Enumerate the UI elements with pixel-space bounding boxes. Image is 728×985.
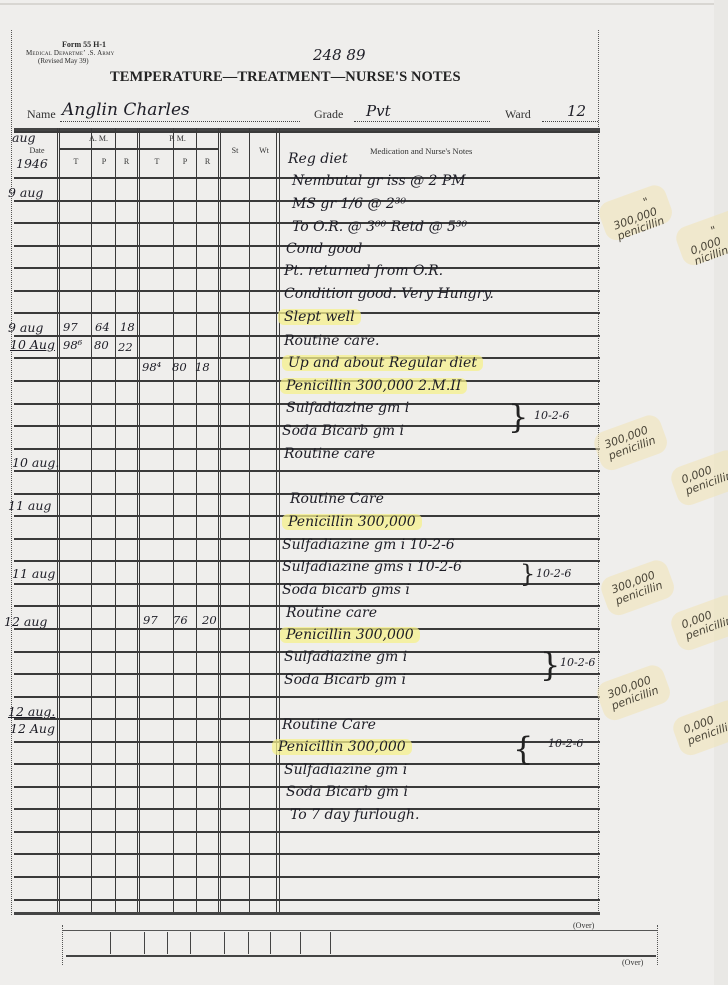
brace-mark: } xyxy=(508,398,528,436)
note-text: Cond good xyxy=(286,241,362,257)
vital-am-r: 18 xyxy=(120,320,135,334)
stub-perforation xyxy=(62,925,63,965)
name-label: Name xyxy=(27,107,56,122)
row-line xyxy=(14,696,600,698)
row-line xyxy=(14,853,600,855)
highlighted-note-text: Penicillin 300,000 2.M.II xyxy=(280,378,467,394)
note-line: Cond good xyxy=(286,242,362,256)
vital-pm-p: 80 xyxy=(172,360,187,374)
serial-number: 248 89 xyxy=(313,46,366,64)
am-t-header: T xyxy=(60,157,92,166)
note-line: Slept well xyxy=(278,310,361,324)
row-line xyxy=(14,470,600,472)
perforation-right xyxy=(598,30,599,915)
highlighted-note-text: Penicillin 300,000 xyxy=(280,627,420,643)
stub-bottom xyxy=(66,955,656,957)
vital-pm-r: 18 xyxy=(195,360,210,374)
column-line xyxy=(137,128,138,912)
note-text: Soda bicarb gms i xyxy=(282,582,410,598)
name-underline xyxy=(60,121,300,122)
margin-annotation: 300,000penicillin xyxy=(603,423,657,461)
date-annotation-year: 1946 xyxy=(16,156,48,171)
department: Medical Departmeʼ .S. Army xyxy=(26,49,114,57)
pm-r-header: R xyxy=(197,157,218,166)
highlighted-note-text: Slept well xyxy=(278,309,361,325)
note-line: To 7 day furlough. xyxy=(290,808,419,822)
date-entry: 9 aug xyxy=(8,320,43,335)
stub-divider xyxy=(224,932,225,954)
stub-divider xyxy=(248,932,249,954)
note-line: Routine care. xyxy=(284,334,379,348)
note-text: Condition good. Very Hungry. xyxy=(284,286,494,302)
margin-annotation: 300,000penicillin xyxy=(610,568,664,606)
column-line xyxy=(279,128,280,912)
brace-mark: } xyxy=(520,560,535,588)
note-text: Soda Bicarb gm i xyxy=(286,784,408,800)
vital-am-r: 22 xyxy=(118,340,133,354)
margin-annotation: 0,000penicillin xyxy=(680,603,728,641)
vital-am-p: 64 xyxy=(95,320,110,334)
note-line: Sulfadiazine gm i xyxy=(286,401,409,415)
note-text: Routine care xyxy=(286,605,377,621)
column-line xyxy=(91,128,92,912)
note-text: Sulfadiazine gm i xyxy=(284,762,407,778)
date-annotation-month: aug xyxy=(12,130,36,145)
note-line: Routine Care xyxy=(282,718,376,732)
perforation-left xyxy=(11,30,12,915)
note-line: Pt. returned from O.R. xyxy=(284,264,443,278)
date-entry: 10 aug. xyxy=(12,455,59,470)
ward-label: Ward xyxy=(505,107,531,122)
column-line xyxy=(139,128,140,912)
grade-value: Pvt xyxy=(366,102,391,120)
note-text: Routine care xyxy=(284,446,375,462)
column-line xyxy=(218,128,219,912)
note-line: Soda Bicarb gm i xyxy=(282,424,404,438)
margin-annotation: 0,000penicillin xyxy=(680,458,728,496)
note-text: Routine Care xyxy=(282,717,376,733)
stub-divider xyxy=(270,932,271,954)
am-r-header: R xyxy=(116,157,137,166)
note-line: Sulfadiazine gm i xyxy=(284,763,407,777)
note-line: Reg diet xyxy=(288,152,348,166)
note-line: Up and about Regular diet xyxy=(282,356,483,370)
note-text: MS gr 1/6 @ 2³⁰ xyxy=(292,196,406,212)
note-text: Nembutal gr iss @ 2 PM xyxy=(292,173,466,189)
note-text: Sulfadiazine gm i xyxy=(284,649,407,665)
column-line xyxy=(276,128,277,912)
note-line: Condition good. Very Hungry. xyxy=(284,287,494,301)
form-title: TEMPERATURE—TREATMENT—NURSE'S NOTES xyxy=(110,69,461,86)
vital-pm-t: 98⁴ xyxy=(142,360,161,374)
stub-perforation xyxy=(657,925,658,965)
date-header: Date xyxy=(22,146,52,155)
note-text: Soda Bicarb gm i xyxy=(282,423,404,439)
note-line: Penicillin 300,000 xyxy=(280,628,420,642)
note-line: Soda Bicarb gm i xyxy=(284,673,406,687)
note-line: Sulfadiazine gms i 10-2-6 xyxy=(282,560,462,574)
column-line xyxy=(173,128,174,912)
stub-divider xyxy=(300,932,301,954)
grade-label: Grade xyxy=(314,107,343,122)
note-line: Sulfadiazine gm i xyxy=(284,650,407,664)
note-line: Penicillin 300,000 xyxy=(282,515,422,529)
column-line xyxy=(59,128,60,912)
vital-am-p: 80 xyxy=(94,338,109,352)
vital-pm-r: 20 xyxy=(202,613,217,627)
date-entry: 12 aug xyxy=(4,614,47,629)
revised-date: (Revised May 39) xyxy=(38,57,89,65)
dose-schedule: 10-2-6 xyxy=(536,568,571,579)
margin-annotation: "300,000penicillin xyxy=(608,193,666,242)
date-entry: 9 aug xyxy=(8,185,43,200)
date-entry: 12 aug. xyxy=(8,704,55,719)
note-text: To O.R. @ 3⁰⁰ Retd @ 5³⁰ xyxy=(292,219,467,235)
note-line: Penicillin 300,000 2.M.II xyxy=(280,379,467,393)
vital-am-t: 97 xyxy=(63,320,78,334)
date-entry: 11 aug xyxy=(8,498,51,513)
note-text: To 7 day furlough. xyxy=(290,807,419,823)
stub-divider xyxy=(144,932,145,954)
stub-divider xyxy=(330,932,331,954)
column-line xyxy=(249,128,250,912)
wt-header: Wt xyxy=(250,146,278,155)
note-line: Penicillin 300,000 xyxy=(272,740,412,754)
note-text: Sulfadiazine gm i 10-2-6 xyxy=(282,537,455,553)
note-text: Sulfadiazine gms i 10-2-6 xyxy=(282,559,462,575)
form-number: Form 55 H-1 xyxy=(62,40,106,49)
vital-pm-p: 76 xyxy=(173,613,188,627)
note-text: Sulfadiazine gm i xyxy=(286,400,409,416)
ward-underline xyxy=(542,121,598,122)
note-line: Soda Bicarb gm i xyxy=(286,785,408,799)
row-line xyxy=(14,831,600,833)
column-line xyxy=(220,128,221,912)
date-entry: 12 Aug xyxy=(10,721,55,736)
vital-pm-t: 97 xyxy=(143,613,158,627)
dose-schedule: 10-2-6 xyxy=(534,410,569,421)
vital-am-t: 98⁶ xyxy=(63,338,82,352)
note-text: Soda Bicarb gm i xyxy=(284,672,406,688)
note-text: Routine care. xyxy=(284,333,379,349)
dose-schedule: 10-2-6 xyxy=(560,657,595,668)
over-label: (Over) xyxy=(622,958,643,967)
row-line xyxy=(14,899,600,901)
note-text: Routine Care xyxy=(290,491,384,507)
row-line xyxy=(14,876,600,878)
note-line: Soda bicarb gms i xyxy=(282,583,410,597)
margin-annotation: 300,000penicillin xyxy=(606,673,660,711)
column-line xyxy=(196,128,197,912)
nurses-notes-form: Form 55 H-1 Medical Departmeʼ .S. Army (… xyxy=(0,0,728,985)
stub-top xyxy=(63,930,658,931)
note-line: To O.R. @ 3⁰⁰ Retd @ 5³⁰ xyxy=(292,220,467,234)
column-line xyxy=(57,128,58,912)
pm-p-header: P xyxy=(174,157,196,166)
brace-mark: { xyxy=(513,730,533,768)
ward-value: 12 xyxy=(567,102,586,120)
note-text: Reg diet xyxy=(288,151,348,167)
st-header: St xyxy=(220,146,250,155)
am-header: A. M. xyxy=(60,134,137,143)
note-line: MS gr 1/6 @ 2³⁰ xyxy=(292,197,406,211)
highlighted-note-text: Up and about Regular diet xyxy=(282,355,483,371)
dose-schedule: 10-2-6 xyxy=(548,738,583,749)
table-top-border xyxy=(14,131,600,133)
highlighted-note-text: Penicillin 300,000 xyxy=(272,739,412,755)
brace-mark: } xyxy=(540,646,560,684)
note-line: Routine Care xyxy=(290,492,384,506)
column-line xyxy=(115,128,116,912)
note-line: Sulfadiazine gm i 10-2-6 xyxy=(282,538,455,552)
margin-annotation: 0,000penicillin xyxy=(682,708,728,746)
stub-divider xyxy=(190,932,191,954)
notes-header: Medication and Nurse's Notes xyxy=(370,146,472,156)
grade-underline xyxy=(354,121,490,122)
pm-header: P. M. xyxy=(140,134,215,143)
name-value: Anglin Charles xyxy=(62,100,190,120)
over-label: (Over) xyxy=(573,921,594,930)
date-entry: 11 aug xyxy=(12,566,55,581)
note-line: Routine care xyxy=(286,606,377,620)
note-line: Nembutal gr iss @ 2 PM xyxy=(292,174,466,188)
date-entry: 10 Aug xyxy=(10,337,55,352)
pm-t-header: T xyxy=(140,157,174,166)
table-bottom-border xyxy=(14,912,600,915)
page-edge xyxy=(0,3,728,5)
note-line: Routine care xyxy=(284,447,375,461)
stub-divider xyxy=(167,932,168,954)
note-text: Pt. returned from O.R. xyxy=(284,263,443,279)
stub-divider xyxy=(110,932,111,954)
highlighted-note-text: Penicillin 300,000 xyxy=(282,514,422,530)
am-p-header: P xyxy=(93,157,115,166)
